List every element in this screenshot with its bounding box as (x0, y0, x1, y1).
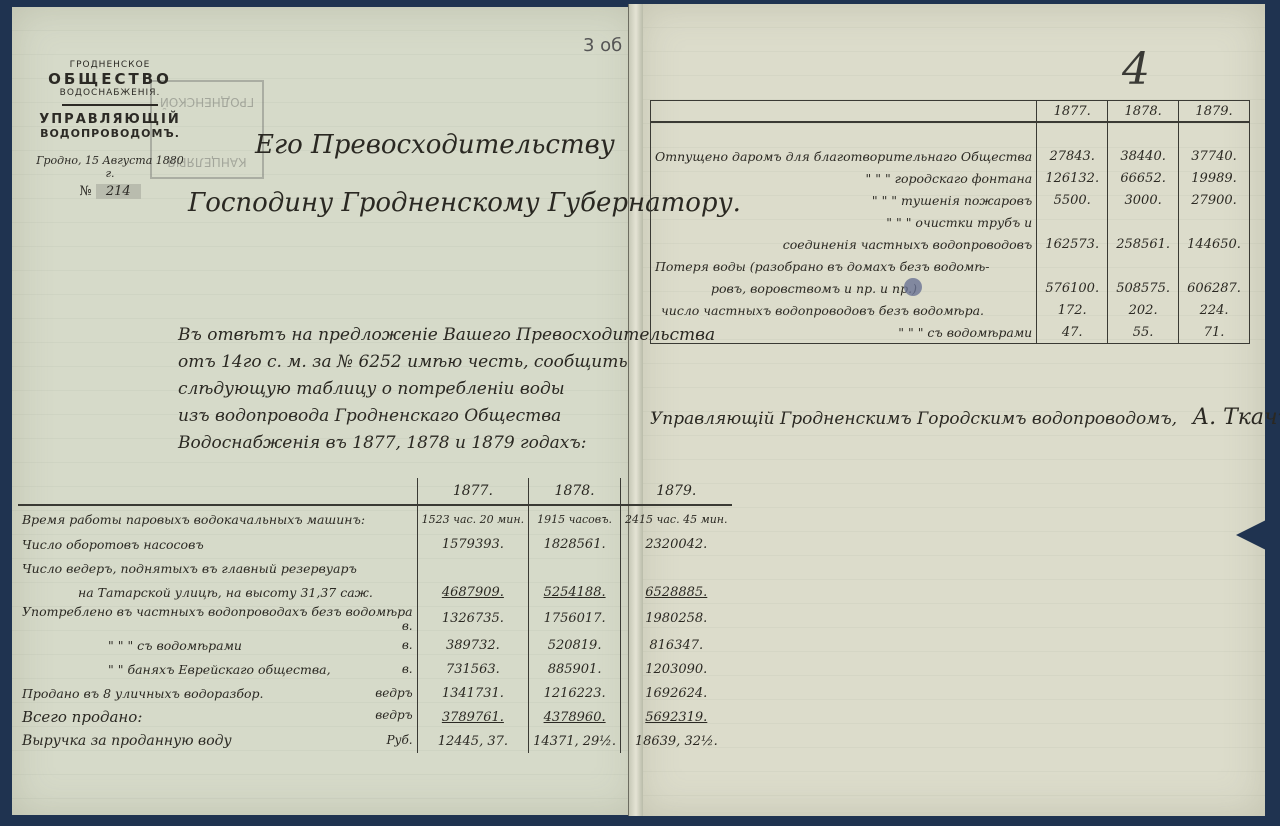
cell-value: 1326735. (417, 604, 529, 633)
row-label: Всего продано: (22, 708, 142, 726)
cell-value: 172. (1037, 299, 1108, 321)
header-year: 1877. (417, 478, 529, 505)
row-label: Продано въ 8 уличныхъ водоразбор. (22, 686, 264, 701)
cell-value: 12445, 37. (417, 729, 529, 753)
cell-value (529, 556, 621, 580)
row-label: Отпущено даромъ для благотворительнаго О… (651, 145, 1037, 167)
table-row: Число оборотовъ насосовъ 1579393. 182856… (18, 532, 732, 556)
table-row: " " " тушенія пожаровъ 5500. 3000. 27900… (651, 189, 1250, 211)
row-unit: в. (402, 638, 413, 652)
cell-value (1108, 211, 1179, 233)
cell-value (1037, 211, 1108, 233)
row-label: ровъ, воровствомъ и пр. и пр.) (651, 277, 1037, 299)
row-label: Выручка за проданную воду (22, 733, 232, 749)
table-row: на Татарской улицѣ, на высоту 31,37 саж.… (18, 580, 732, 604)
table-header-row: 1877. 1878. 1879. (651, 101, 1250, 123)
table-row: " " " очистки трубъ и (651, 211, 1250, 233)
row-unit: в. (402, 662, 413, 676)
header-year: 1879. (1179, 101, 1250, 123)
cell-value: 27900. (1179, 189, 1250, 211)
cell-value: 1203090. (621, 657, 732, 681)
cell-value: 71. (1179, 321, 1250, 344)
cell-value (1108, 255, 1179, 277)
cell-value: 66652. (1108, 167, 1179, 189)
table-row: " " " съ водомѣрамив. 389732. 520819. 81… (18, 633, 732, 657)
signature-title: Управляющій Гродненскимъ Городскимъ водо… (650, 409, 1177, 429)
row-label: соединенія частныхъ водопроводовъ (651, 233, 1037, 255)
cell-value: 1579393. (417, 532, 529, 556)
letterhead-manager: УПРАВЛЯЮЩІЙ (30, 112, 190, 127)
letterhead-city: ГРОДНЕНСКОЕ (30, 60, 190, 70)
row-label: " " баняхъ Еврейскаго общества, (108, 662, 331, 677)
cell-value: 4378960. (529, 705, 621, 729)
row-label-cell: " " баняхъ Еврейскаго общества,в. (18, 657, 417, 681)
cell-value: 47. (1037, 321, 1108, 344)
row-label-cell: Продано въ 8 уличныхъ водоразбор.ведръ (18, 681, 417, 705)
letter-body: Въ отвѣтъ на предложеніе Вашего Превосхо… (178, 322, 618, 457)
cell-value: 885901. (529, 657, 621, 681)
cell-value: 162573. (1037, 233, 1108, 255)
cell-value: 37740. (1179, 145, 1250, 167)
letterhead-waterworks: ВОДОПРОВОДОМЪ. (30, 127, 190, 140)
number-label: № (79, 184, 91, 199)
header-year: 1877. (1037, 101, 1108, 123)
number-value: 214 (96, 184, 141, 199)
water-consumption-table: 1877. 1878. 1879. Время работы паровыхъ … (18, 478, 732, 753)
row-label-cell: Выручка за проданную водуРуб. (18, 729, 417, 753)
cell-value: 1216223. (529, 681, 621, 705)
table-row: Число ведеръ, поднятыхъ въ главный резер… (18, 556, 732, 580)
row-label: на Татарской улицѣ, на высоту 31,37 саж. (18, 580, 417, 604)
cell-value: 5254188. (529, 580, 621, 604)
body-line: Водоснабженія въ 1877, 1878 и 1879 годах… (178, 430, 618, 457)
cell-value: 224. (1179, 299, 1250, 321)
cell-value: 5500. (1037, 189, 1108, 211)
row-label: Число оборотовъ насосовъ (18, 532, 417, 556)
row-unit: ведръ (375, 686, 412, 700)
row-label: Время работы паровыхъ водокачальныхъ маш… (18, 505, 417, 532)
row-label-cell: Употреблено въ частныхъ водопроводахъ бе… (18, 604, 417, 633)
letterhead-water-supply: ВОДОСНАБЖЕНІЯ. (30, 88, 190, 98)
cell-value: 55. (1108, 321, 1179, 344)
body-line: Въ отвѣтъ на предложеніе Вашего Превосхо… (178, 322, 618, 349)
row-label: " " " тушенія пожаровъ (651, 189, 1037, 211)
cell-value: 144650. (1179, 233, 1250, 255)
cell-value: 258561. (1108, 233, 1179, 255)
cell-value: 6528885. (621, 580, 732, 604)
row-label-cell: Всего продано:ведръ (18, 705, 417, 729)
cell-value: 1692624. (621, 681, 732, 705)
row-label: " " " городскаго фонтана (651, 167, 1037, 189)
cell-value (1179, 211, 1250, 233)
body-line: изъ водопровода Гродненскаго Общества (178, 403, 618, 430)
cell-value: 1980258. (621, 604, 732, 633)
cell-value (1037, 255, 1108, 277)
row-label: число частныхъ водопроводовъ безъ водомѣ… (651, 299, 1037, 321)
row-unit: в. (402, 619, 413, 633)
letterhead-society: ОБЩЕСТВО (30, 70, 190, 88)
cell-value: 1828561. (529, 532, 621, 556)
table-row: число частныхъ водопроводовъ безъ водомѣ… (651, 299, 1250, 321)
row-label: " " " съ водомѣрами (651, 321, 1037, 344)
table-row: Время работы паровыхъ водокачальныхъ маш… (18, 505, 732, 532)
signature-name: А. Ткачъ (1192, 405, 1280, 430)
cell-value: 4687909. (417, 580, 529, 604)
row-unit: ведръ (375, 708, 412, 722)
table-row: ровъ, воровствомъ и пр. и пр.) 576100. 5… (651, 277, 1250, 299)
table-row: Всего продано:ведръ 3789761. 4378960. 56… (18, 705, 732, 729)
cell-value: 126132. (1037, 167, 1108, 189)
cell-value: 606287. (1179, 277, 1250, 299)
body-line: отъ 14го с. м. за № 6252 имѣю честь, соо… (178, 349, 618, 376)
cell-value: 731563. (417, 657, 529, 681)
cell-value: 14371, 29½. (529, 729, 621, 753)
cell-value: 389732. (417, 633, 529, 657)
archive-mark: 3 об (583, 35, 622, 56)
cell-value: 576100. (1037, 277, 1108, 299)
table-row: Продано въ 8 уличныхъ водоразбор.ведръ 1… (18, 681, 732, 705)
cell-value: 520819. (529, 633, 621, 657)
letterhead-divider (62, 104, 158, 106)
header-year: 1878. (529, 478, 621, 505)
signature-block: Управляющій Гродненскимъ Городскимъ водо… (650, 405, 1280, 430)
table-row: " " баняхъ Еврейскаго общества,в. 731563… (18, 657, 732, 681)
row-label: Число ведеръ, поднятыхъ въ главный резер… (18, 556, 417, 580)
table-row: соединенія частныхъ водопроводовъ 162573… (651, 233, 1250, 255)
letterhead-number: № 214 (30, 184, 190, 199)
cell-value: 2320042. (621, 532, 732, 556)
cell-value: 3789761. (417, 705, 529, 729)
cell-value: 1341731. (417, 681, 529, 705)
header-label (651, 101, 1037, 123)
cell-value: 816347. (621, 633, 732, 657)
table-row: " " " съ водомѣрами 47. 55. 71. (651, 321, 1250, 344)
row-label: Употреблено въ частныхъ водопроводахъ бе… (22, 604, 413, 619)
row-label: " " " очистки трубъ и (651, 211, 1037, 233)
header-label (18, 478, 417, 505)
header-year: 1878. (1108, 101, 1179, 123)
letterhead: ГРОДНЕНСКОЕ ОБЩЕСТВО ВОДОСНАБЖЕНІЯ. УПРА… (30, 60, 190, 199)
page-number: 4 (1122, 44, 1150, 95)
cell-value: 1756017. (529, 604, 621, 633)
table-row: Выручка за проданную водуРуб. 12445, 37.… (18, 729, 732, 753)
table-row: Употреблено въ частныхъ водопроводахъ бе… (18, 604, 732, 633)
cell-value: 19989. (1179, 167, 1250, 189)
letterhead-place-date: Гродно, 15 Августа 1880 г. (30, 154, 190, 180)
table-row: Потеря воды (разобрано въ домахъ безъ во… (651, 255, 1250, 277)
table-header-row: 1877. 1878. 1879. (18, 478, 732, 505)
ink-blot (904, 278, 922, 296)
cell-value: 1523 час. 20 мин. (417, 505, 529, 532)
cell-value: 18639, 32½. (621, 729, 732, 753)
row-label: Потеря воды (разобрано въ домахъ безъ во… (651, 255, 1037, 277)
cell-value: 202. (1108, 299, 1179, 321)
cell-value (1179, 255, 1250, 277)
table-row: Отпущено даромъ для благотворительнаго О… (651, 145, 1250, 167)
address-line-1: Его Превосходительству (255, 130, 615, 160)
cell-value: 38440. (1108, 145, 1179, 167)
cell-value (621, 556, 732, 580)
cell-value: 3000. (1108, 189, 1179, 211)
table-row (651, 122, 1250, 145)
cell-value: 1915 часовъ. (529, 505, 621, 532)
row-label: " " " съ водомѣрами (108, 638, 242, 653)
body-line: слѣдующую таблицу о потребленіи воды (178, 376, 618, 403)
cell-value: 27843. (1037, 145, 1108, 167)
header-year: 1879. (621, 478, 732, 505)
cell-value (417, 556, 529, 580)
cell-value: 5692319. (621, 705, 732, 729)
table-row: " " " городскаго фонтана 126132. 66652. … (651, 167, 1250, 189)
row-unit: Руб. (386, 733, 412, 747)
cell-value: 2415 час. 45 мин. (621, 505, 732, 532)
row-label-cell: " " " съ водомѣрамив. (18, 633, 417, 657)
water-distribution-table: 1877. 1878. 1879. Отпущено даромъ для бл… (650, 100, 1250, 344)
cell-value: 508575. (1108, 277, 1179, 299)
